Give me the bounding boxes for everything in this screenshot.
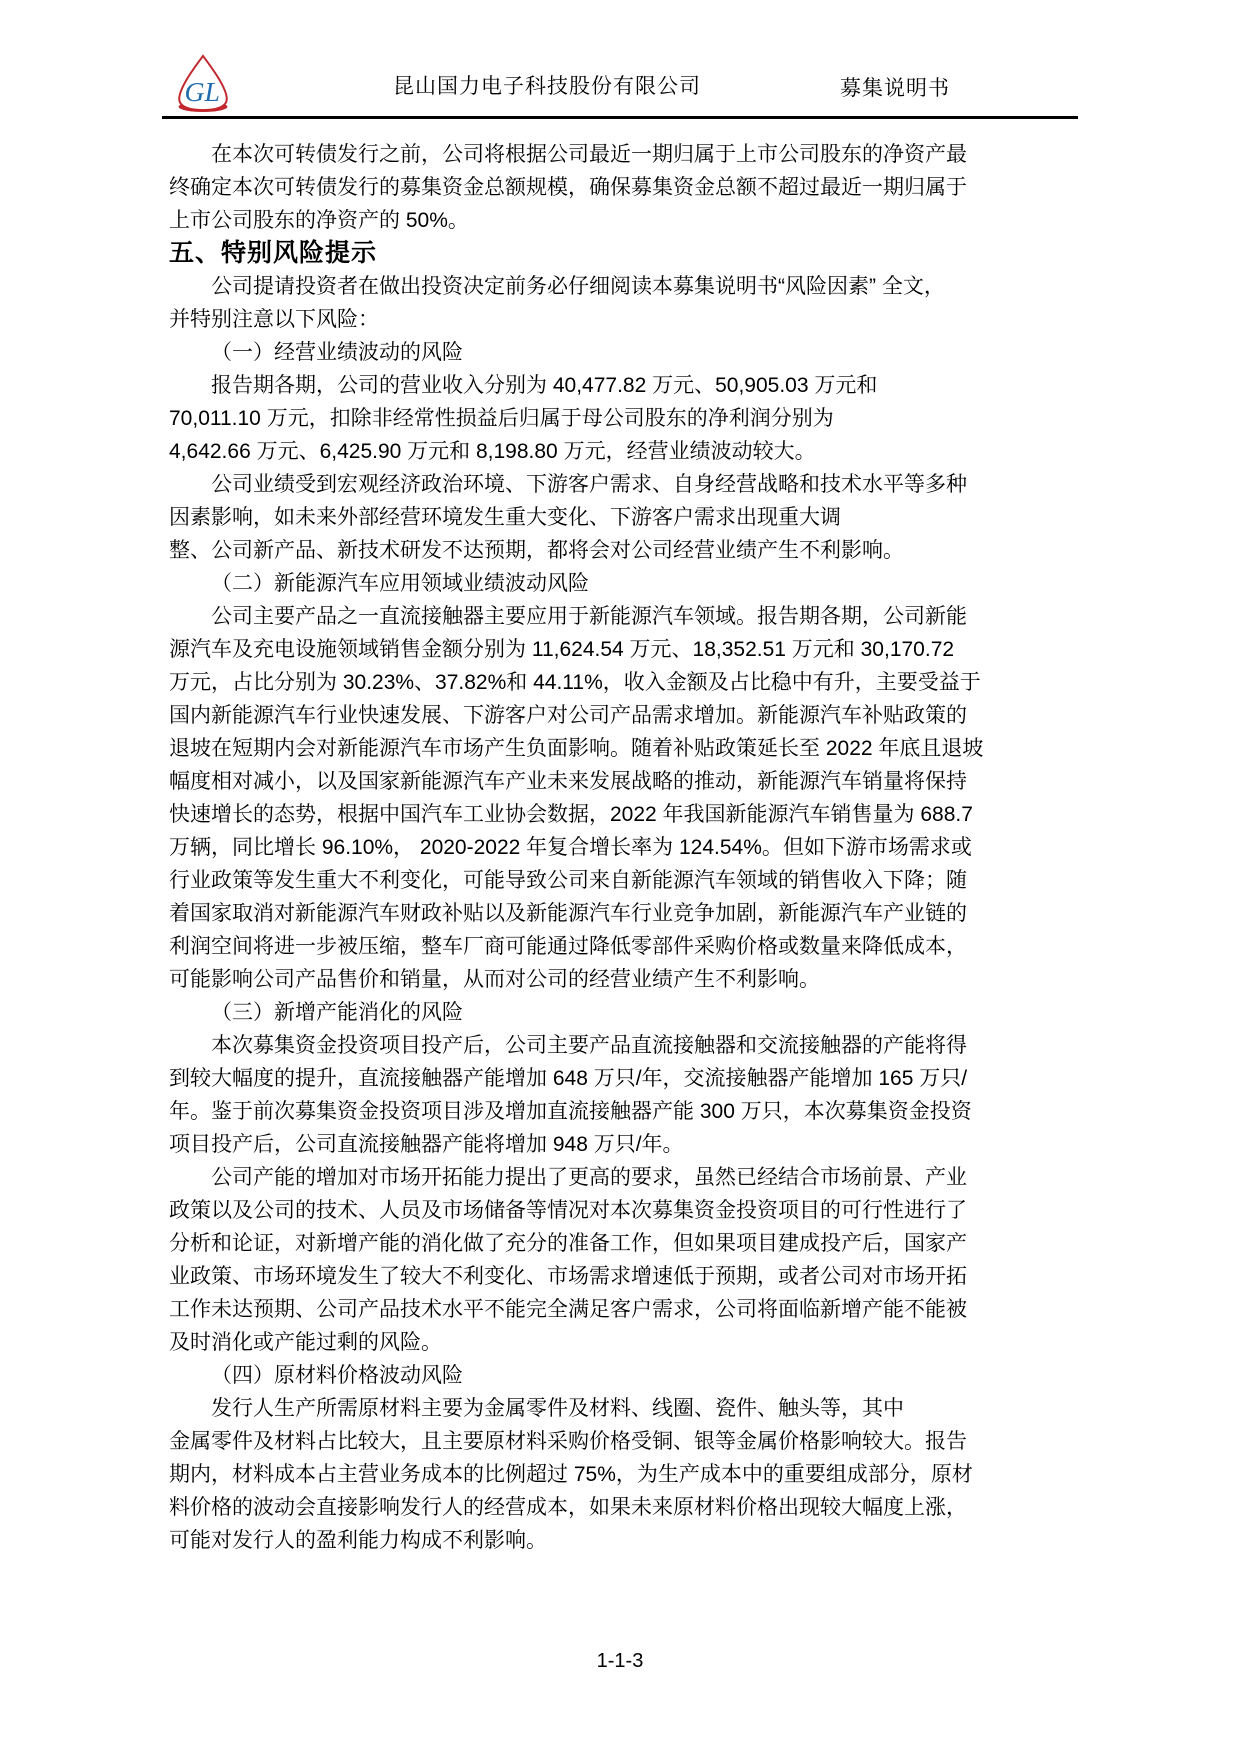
document-page: GL 昆山国力电子科技股份有限公司 募集说明书 在本次可转债发行之前，公司将根据…	[0, 0, 1240, 1754]
subsection-heading: （三）新增产能消化的风险	[169, 996, 1085, 1029]
document-line: 并特别注意以下风险：	[169, 303, 1085, 336]
document-line: 料价格的波动会直接影响发行人的经营成本，如果未来原材料价格出现较大幅度上涨，	[169, 1491, 1085, 1524]
document-line: 幅度相对减小，以及国家新能源汽车产业未来发展战略的推动，新能源汽车销量将保持	[169, 765, 1085, 798]
document-line: 着国家取消对新能源汽车财政补贴以及新能源汽车行业竞争加剧，新能源汽车产业链的	[169, 897, 1085, 930]
document-line: 70,011.10 万元，扣除非经常性损益后归属于母公司股东的净利润分别为	[169, 402, 1085, 435]
page-number: 1-1-3	[597, 1650, 644, 1672]
subsection-heading: （二）新能源汽车应用领域业绩波动风险	[169, 567, 1085, 600]
document-line: 上市公司股东的净资产的 50%。	[169, 204, 1085, 237]
document-line: 国内新能源汽车行业快速发展、下游客户对公司产品需求增加。新能源汽车补贴政策的	[169, 699, 1085, 732]
document-line: 本次募集资金投资项目投产后，公司主要产品直流接触器和交流接触器的产能将得	[169, 1029, 1085, 1062]
document-line: 可能对发行人的盈利能力构成不利影响。	[169, 1524, 1085, 1557]
document-line: 分析和论证，对新增产能的消化做了充分的准备工作，但如果项目建成投产后，国家产	[169, 1227, 1085, 1260]
header-document-type: 募集说明书	[840, 72, 950, 102]
document-line: 公司产能的增加对市场开拓能力提出了更高的要求，虽然已经结合市场前景、产业	[169, 1161, 1085, 1194]
document-line: 因素影响，如未来外部经营环境发生重大变化、下游客户需求出现重大调	[169, 501, 1085, 534]
document-line: 利润空间将进一步被压缩，整车厂商可能通过降低零部件采购价格或数量来降低成本，	[169, 930, 1085, 963]
document-line: 报告期各期，公司的营业收入分别为 40,477.82 万元、50,905.03 …	[169, 369, 1085, 402]
document-line: 可能影响公司产品售价和销量，从而对公司的经营业绩产生不利影响。	[169, 963, 1085, 996]
document-line: 及时消化或产能过剩的风险。	[169, 1326, 1085, 1359]
document-line: 4,642.66 万元、6,425.90 万元和 8,198.80 万元，经营业…	[169, 435, 1085, 468]
document-line: 整、公司新产品、新技术研发不达预期，都将会对公司经营业绩产生不利影响。	[169, 534, 1085, 567]
document-line: 年。鉴于前次募集资金投资项目涉及增加直流接触器产能 300 万只，本次募集资金投…	[169, 1095, 1085, 1128]
document-line: 快速增长的态势，根据中国汽车工业协会数据，2022 年我国新能源汽车销售量为 6…	[169, 798, 1085, 831]
page-footer: 1-1-3	[0, 1650, 1240, 1673]
document-line: 期内，材料成本占主营业务成本的比例超过 75%，为生产成本中的重要组成部分，原材	[169, 1458, 1085, 1491]
subsection-heading: （一）经营业绩波动的风险	[169, 336, 1085, 369]
document-line: 公司业绩受到宏观经济政治环境、下游客户需求、自身经营战略和技术水平等多种	[169, 468, 1085, 501]
document-line: 万元，占比分别为 30.23%、37.82%和 44.11%，收入金额及占比稳中…	[169, 666, 1085, 699]
document-line: 发行人生产所需原材料主要为金属零件及材料、线圈、瓷件、触头等，其中	[169, 1392, 1085, 1425]
document-line: 金属零件及材料占比较大，且主要原材料采购价格受铜、银等金属价格影响较大。报告	[169, 1425, 1085, 1458]
header-divider	[162, 116, 1078, 119]
section-heading: 五、特别风险提示	[169, 237, 1085, 270]
document-line: 源汽车及充电设施领域销售金额分别为 11,624.54 万元、18,352.51…	[169, 633, 1085, 666]
document-line: 万辆，同比增长 96.10%， 2020-2022 年复合增长率为 124.54…	[169, 831, 1085, 864]
document-line: 工作未达预期、公司产品技术水平不能完全满足客户需求，公司将面临新增产能不能被	[169, 1293, 1085, 1326]
document-line: 项目投产后，公司直流接触器产能将增加 948 万只/年。	[169, 1128, 1085, 1161]
document-line: 终确定本次可转债发行的募集资金总额规模，确保募集资金总额不超过最近一期归属于	[169, 171, 1085, 204]
document-line: 公司主要产品之一直流接触器主要应用于新能源汽车领域。报告期各期，公司新能	[169, 600, 1085, 633]
document-line: 到较大幅度的提升，直流接触器产能增加 648 万只/年，交流接触器产能增加 16…	[169, 1062, 1085, 1095]
document-line: 退坡在短期内会对新能源汽车市场产生负面影响。随着补贴政策延长至 2022 年底且…	[169, 732, 1085, 765]
document-line: 公司提请投资者在做出投资决定前务必仔细阅读本募集说明书“风险因素” 全文，	[169, 270, 1085, 303]
subsection-heading: （四）原材料价格波动风险	[169, 1359, 1085, 1392]
document-line: 业政策、市场环境发生了较大不利变化、市场需求增速低于预期，或者公司对市场开拓	[169, 1260, 1085, 1293]
document-body: 在本次可转债发行之前，公司将根据公司最近一期归属于上市公司股东的净资产最终确定本…	[169, 138, 1085, 1557]
document-line: 行业政策等发生重大不利变化，可能导致公司来自新能源汽车领域的销售收入下降；随	[169, 864, 1085, 897]
document-line: 政策以及公司的技术、人员及市场储备等情况对本次募集资金投资项目的可行性进行了	[169, 1194, 1085, 1227]
document-line: 在本次可转债发行之前，公司将根据公司最近一期归属于上市公司股东的净资产最	[169, 138, 1085, 171]
